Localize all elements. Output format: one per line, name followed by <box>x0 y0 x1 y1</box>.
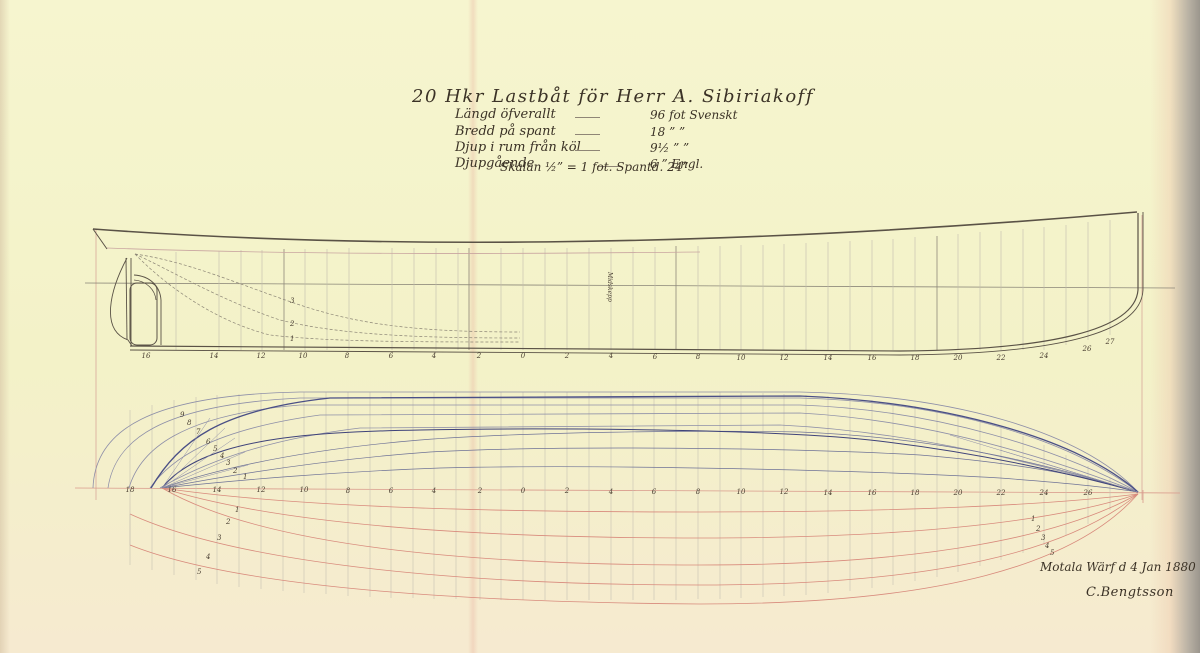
station-label: 8 <box>345 352 349 360</box>
station-label: 26 <box>1084 489 1093 497</box>
waterline-label: 7 <box>196 428 200 436</box>
diagonal-label: 5 <box>1050 549 1054 557</box>
station-label: 10 <box>299 352 308 360</box>
station-label: 6 <box>389 352 393 360</box>
place-date: Motala Wärf d 4 Jan 1880 <box>1040 560 1196 574</box>
station-label: 12 <box>257 352 266 360</box>
diagonal-label: 3 <box>217 534 221 542</box>
station-label: 16 <box>868 489 877 497</box>
waterline-label: 5 <box>213 445 217 453</box>
midship-label: Midskepp <box>606 272 613 302</box>
station-label: 10 <box>300 486 309 494</box>
buttock-label: 2 <box>290 320 294 328</box>
station-label: 8 <box>696 488 700 496</box>
profile-view <box>85 212 1175 500</box>
station-label: 12 <box>780 488 789 496</box>
station-label: 6 <box>653 353 657 361</box>
station-label: 6 <box>652 488 656 496</box>
station-label: 14 <box>824 354 833 362</box>
diagonal-label: 4 <box>1045 542 1049 550</box>
waterline-label: 4 <box>220 452 224 460</box>
waterline-label: 3 <box>226 459 230 467</box>
station-label: 20 <box>954 354 963 362</box>
station-label: 14 <box>213 486 222 494</box>
plan-view <box>75 392 1180 604</box>
station-label: 8 <box>346 487 350 495</box>
station-label: 0 <box>521 487 525 495</box>
station-label: 22 <box>997 489 1006 497</box>
station-label: 2 <box>565 352 569 360</box>
station-label: 12 <box>780 354 789 362</box>
station-label: 18 <box>911 354 920 362</box>
waterline-label: 9 <box>180 411 184 419</box>
diagonal-label: 4 <box>206 553 210 561</box>
station-label: 27 <box>1106 338 1115 346</box>
diagonal-label: 3 <box>1041 534 1045 542</box>
station-label: 2 <box>478 487 482 495</box>
station-label: 0 <box>521 352 525 360</box>
station-label: 18 <box>126 486 135 494</box>
station-label: 22 <box>997 354 1006 362</box>
station-label: 10 <box>737 488 746 496</box>
station-label: 24 <box>1040 489 1049 497</box>
station-label: 18 <box>911 489 920 497</box>
waterline-label: 8 <box>187 419 191 427</box>
station-label: 14 <box>210 352 219 360</box>
station-label: 6 <box>389 487 393 495</box>
buttock-label: 3 <box>290 297 294 305</box>
buttock-label: 1 <box>290 335 294 343</box>
station-label: 2 <box>565 487 569 495</box>
station-label: 16 <box>168 486 177 494</box>
station-label: 4 <box>432 487 436 495</box>
diagonal-label: 2 <box>226 518 230 526</box>
station-label: 8 <box>696 353 700 361</box>
diagonal-label: 5 <box>197 568 201 576</box>
diagonal-label: 1 <box>1031 515 1035 523</box>
station-label: 26 <box>1083 345 1092 353</box>
station-label: 14 <box>824 489 833 497</box>
station-label: 4 <box>609 488 613 496</box>
waterline-label: 6 <box>206 438 210 446</box>
station-label: 4 <box>432 352 436 360</box>
diagonal-label: 2 <box>1036 525 1040 533</box>
station-label: 20 <box>954 489 963 497</box>
station-label: 24 <box>1040 352 1049 360</box>
waterline-label: 1 <box>243 473 247 481</box>
waterline-label: 2 <box>233 467 237 475</box>
station-label: 2 <box>477 352 481 360</box>
station-label: 12 <box>257 486 266 494</box>
station-label: 10 <box>737 354 746 362</box>
station-label: 16 <box>868 354 877 362</box>
signature: C.Bengtsson <box>1086 585 1174 600</box>
station-label: 16 <box>142 352 151 360</box>
diagonal-label: 1 <box>235 506 239 514</box>
station-label: 4 <box>609 352 613 360</box>
lines-plan-drawing <box>0 0 1200 653</box>
